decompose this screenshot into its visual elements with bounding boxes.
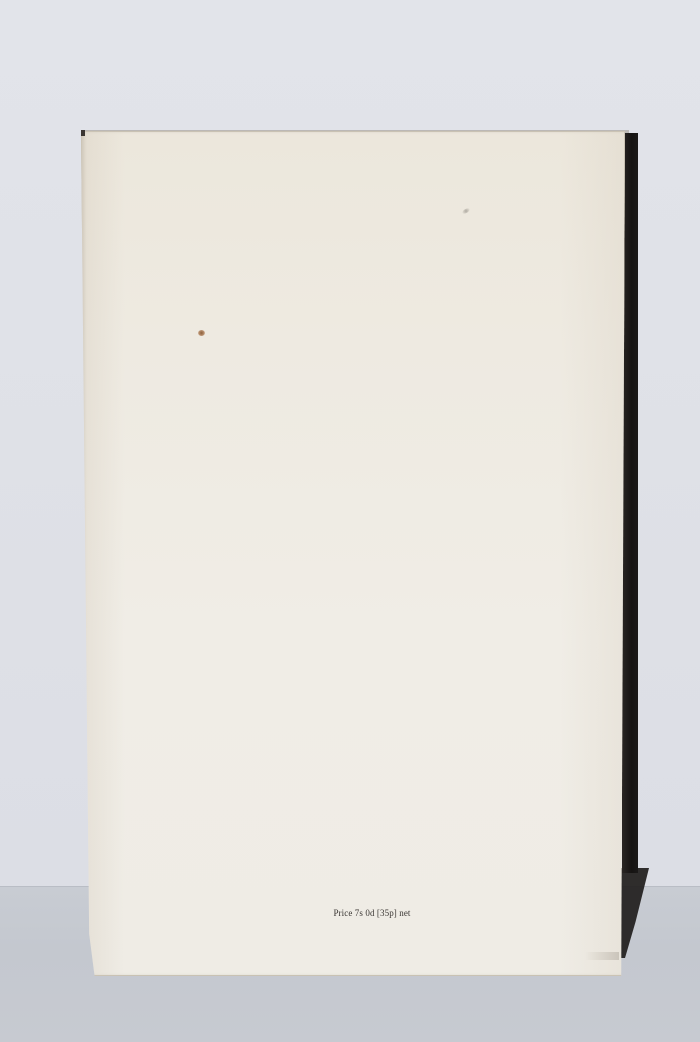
- bottom-corner-wear: [585, 952, 619, 960]
- book-corner-wear: [81, 130, 85, 136]
- book-back-cover: [81, 131, 625, 976]
- foxing-spot: [198, 330, 205, 336]
- photo-scene: Price 7s 0d [35p] net: [0, 0, 700, 1042]
- price-label: Price 7s 0d [35p] net: [0, 908, 700, 918]
